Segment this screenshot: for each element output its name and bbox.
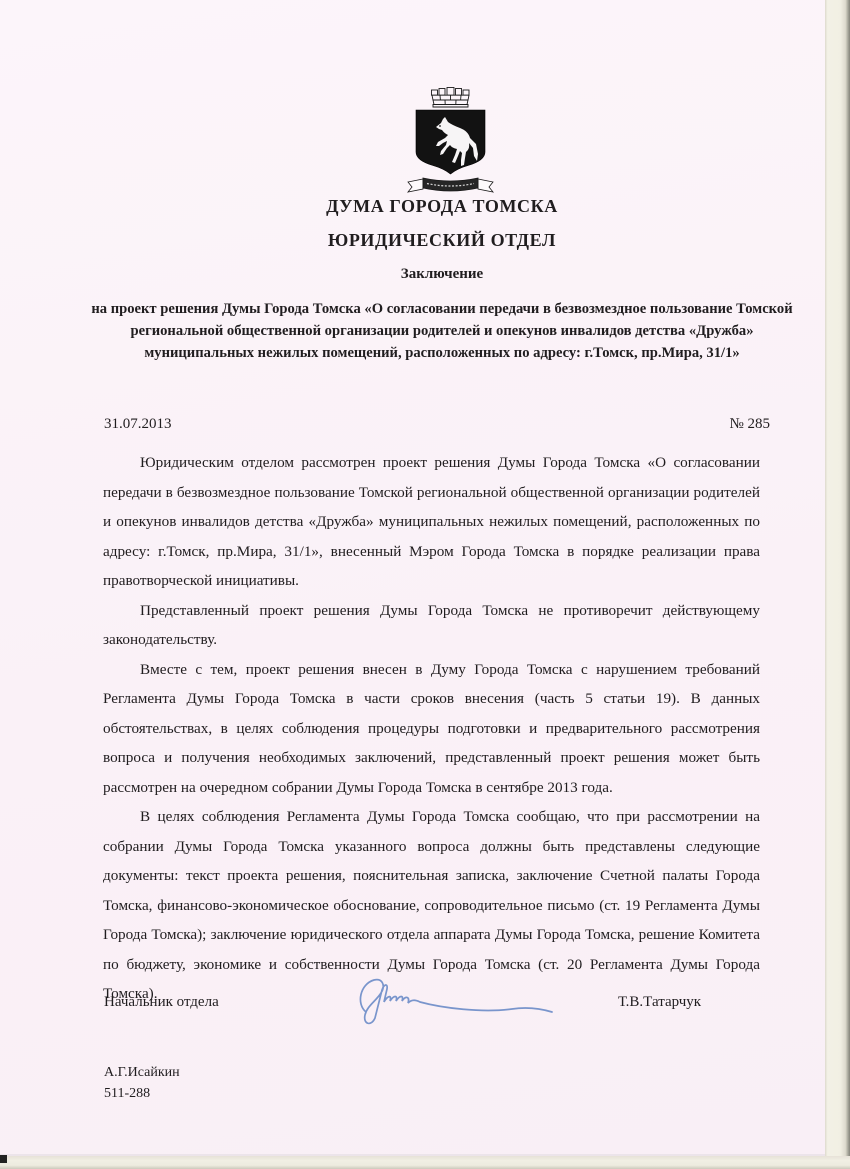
ribbon-icon — [408, 178, 493, 192]
organization-name: ДУМА ГОРОДА ТОМСКА — [34, 196, 850, 216]
body-paragraph: Представленный проект решения Думы Город… — [103, 596, 760, 655]
executor-name: А.Г.Исайкин — [104, 1062, 180, 1083]
body-paragraph: Юридическим отделом рассмотрен проект ре… — [103, 448, 760, 596]
document-title: Заключение — [34, 266, 850, 283]
signatory-name: Т.В.Татарчук — [618, 994, 701, 1011]
executor-phone: 511-288 — [104, 1083, 180, 1104]
department-name: ЮРИДИЧЕСКИЙ ОТДЕЛ — [34, 230, 850, 250]
signatory-position: Начальник отдела — [104, 994, 219, 1011]
document-body: Юридическим отделом рассмотрен проект ре… — [103, 448, 760, 1009]
signature-block: Начальник отдела Т.В.Татарчук — [0, 970, 850, 1040]
tomsk-coat-of-arms — [403, 86, 498, 196]
scanned-document-page: ДУМА ГОРОДА ТОМСКА ЮРИДИЧЕСКИЙ ОТДЕЛ Зак… — [0, 0, 850, 1169]
document-subject: на проект решения Думы Города Томска «О … — [91, 298, 793, 364]
document-date: 31.07.2013 — [104, 416, 172, 433]
executor-block: А.Г.Исайкин 511-288 — [104, 1062, 180, 1104]
document-number: № 285 — [729, 416, 770, 433]
document-meta-row: 31.07.2013 № 285 — [104, 416, 770, 433]
handwritten-signature — [352, 972, 567, 1034]
scan-edge-bottom — [0, 1156, 850, 1169]
mural-crown-icon — [432, 88, 470, 108]
scan-corner-mark — [0, 1155, 7, 1163]
body-paragraph: Вместе с тем, проект решения внесен в Ду… — [103, 655, 760, 803]
